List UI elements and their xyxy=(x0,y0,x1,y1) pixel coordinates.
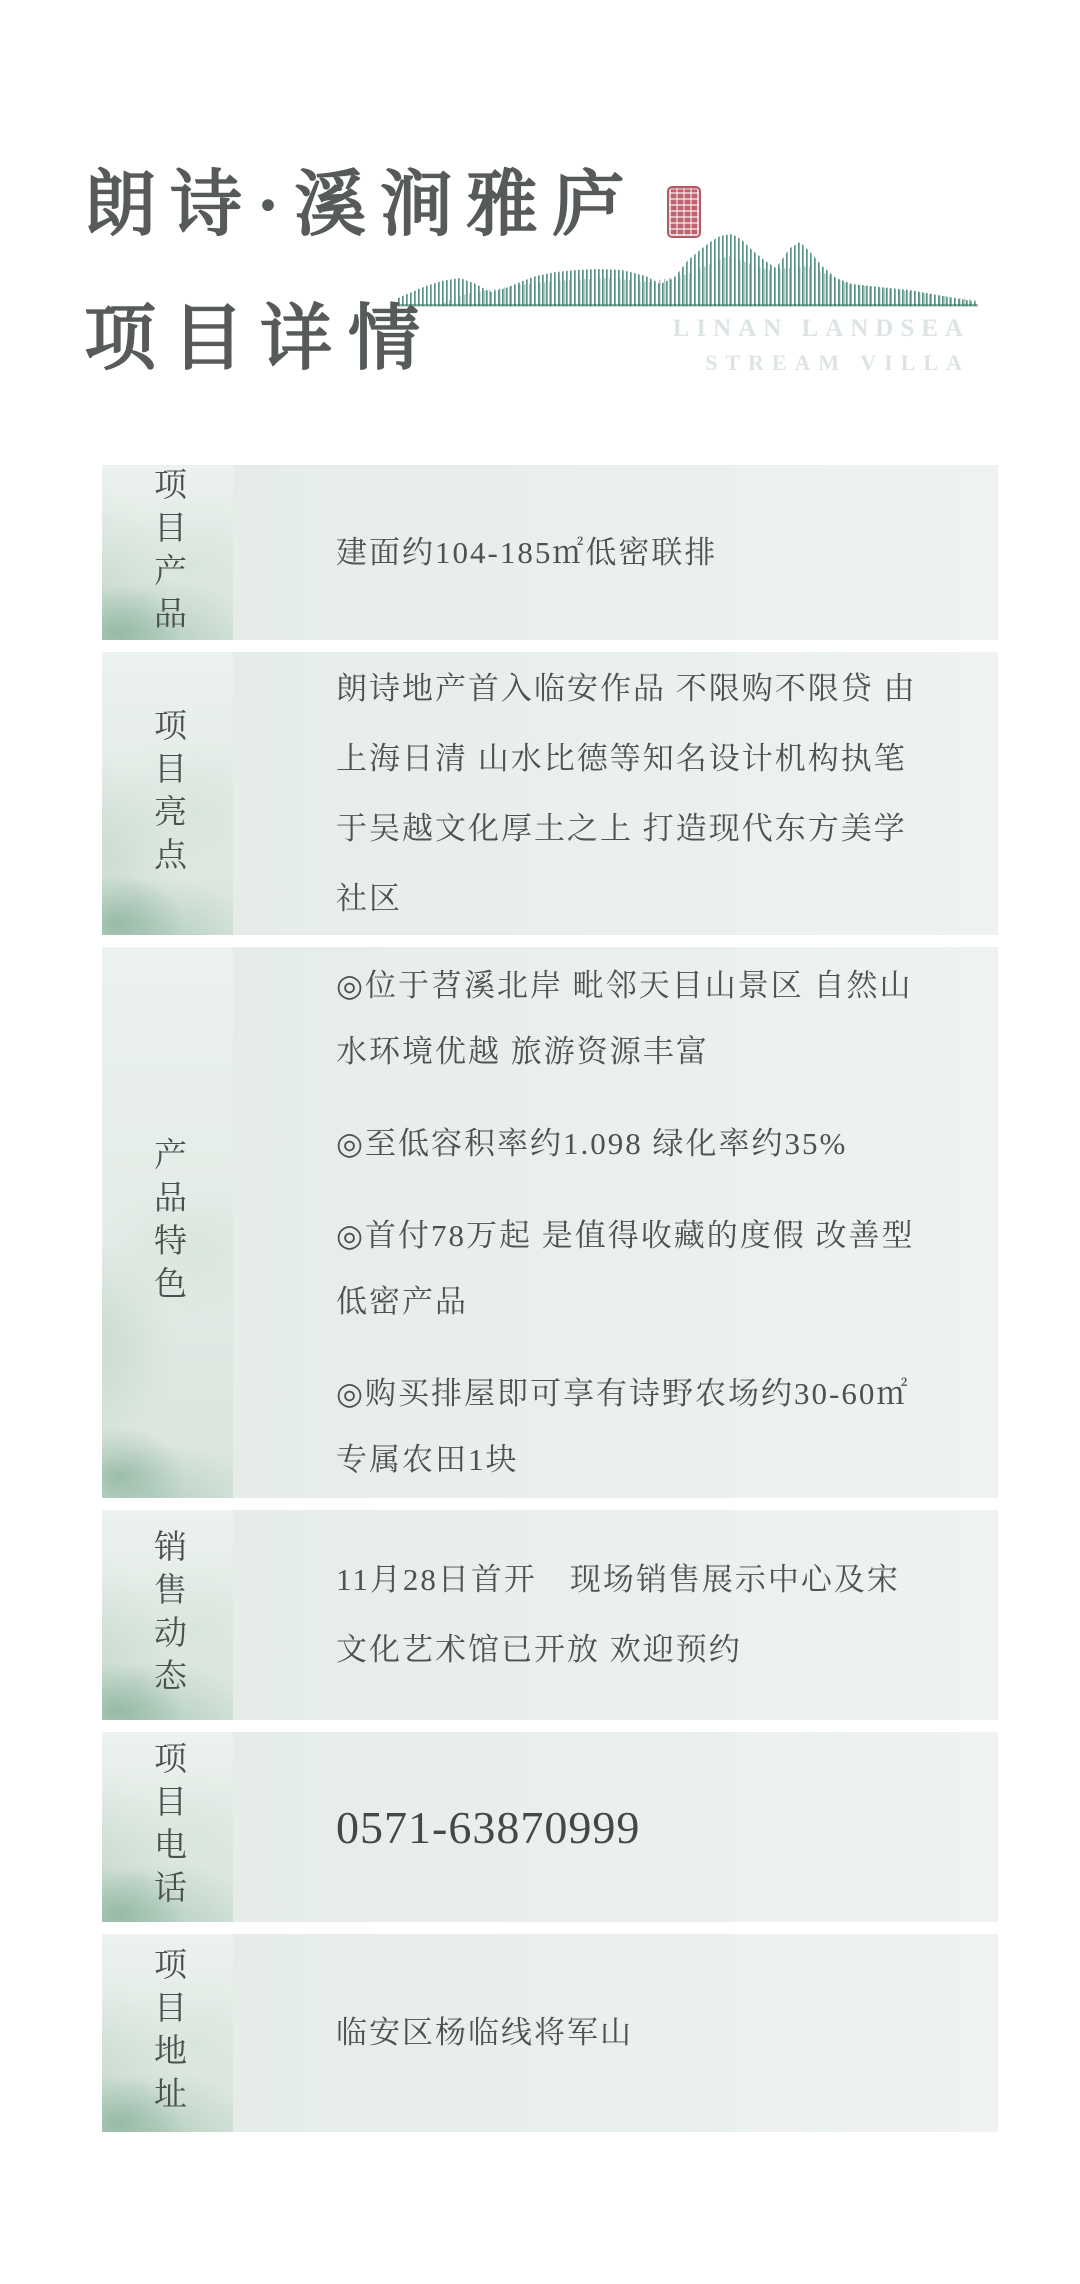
section-label: 项目亮点 xyxy=(144,708,191,880)
content-line: ◎首付78万起 是值得收藏的度假 改善型 xyxy=(336,1203,998,1269)
section-label-column: 产品特色 xyxy=(102,947,233,1498)
feature-item: ◎至低容积率约1.098 绿化率约35% xyxy=(336,1111,998,1177)
feature-item: ◎首付78万起 是值得收藏的度假 改善型 低密产品 xyxy=(336,1203,998,1335)
content-line: 社区 xyxy=(336,864,998,934)
section-label-column: 项目亮点 xyxy=(102,652,233,935)
english-subtitle-line2: STREAM VILLA xyxy=(673,346,970,380)
section-content: 11月28日首开 现场销售展示中心及宋 文化艺术馆已开放 欢迎预约 xyxy=(233,1510,998,1720)
content-line: 专属农田1块 xyxy=(336,1427,998,1493)
section-content: 0571-63870999 xyxy=(233,1732,998,1922)
section-content: 临安区杨临线将军山 xyxy=(233,1934,998,2132)
content-line: 11月28日首开 现场销售展示中心及宋 xyxy=(336,1545,998,1615)
ink-mountain-illustration xyxy=(398,226,978,312)
content-line: 低密产品 xyxy=(336,1269,998,1335)
content-line: 文化艺术馆已开放 欢迎预约 xyxy=(336,1615,998,1685)
section-label: 项目地址 xyxy=(144,1947,191,2119)
content-line: 上海日清 山水比德等知名设计机构执笔 xyxy=(336,724,998,794)
section-label: 项目电话 xyxy=(144,1741,191,1913)
feature-item: ◎位于苕溪北岸 毗邻天目山景区 自然山 水环境优越 旅游资源丰富 xyxy=(336,953,998,1085)
poster-page: 朗诗·溪涧雅庐 LINAN LANDSEA STREAM VILLA 项目详情 … xyxy=(0,0,1080,2284)
content-line: ◎至低容积率约1.098 绿化率约35% xyxy=(336,1111,998,1177)
section-label-column: 项目电话 xyxy=(102,1732,233,1922)
english-subtitle-line1: LINAN LANDSEA xyxy=(673,312,970,346)
section-project-phone: 项目电话 0571-63870999 xyxy=(102,1732,998,1922)
content-line: 朗诗地产首入临安作品 不限购不限贷 由 xyxy=(336,654,998,724)
section-sales-updates: 销售动态 11月28日首开 现场销售展示中心及宋 文化艺术馆已开放 欢迎预约 xyxy=(102,1510,998,1720)
section-content: 建面约104-185㎡低密联排 xyxy=(233,465,998,640)
section-content: 朗诗地产首入临安作品 不限购不限贷 由 上海日清 山水比德等知名设计机构执笔 于… xyxy=(233,652,998,935)
page-subtitle: 项目详情 xyxy=(84,280,436,384)
content-line: ◎购买排屋即可享有诗野农场约30-60㎡ xyxy=(336,1361,998,1427)
section-label-column: 项目产品 xyxy=(102,465,233,640)
phone-number: 0571-63870999 xyxy=(336,1801,998,1854)
section-project-highlights: 项目亮点 朗诗地产首入临安作品 不限购不限贷 由 上海日清 山水比德等知名设计机… xyxy=(102,652,998,935)
content-line: 建面约104-185㎡低密联排 xyxy=(336,518,998,588)
section-label: 产品特色 xyxy=(144,1137,191,1309)
mountain-baseline xyxy=(398,304,978,307)
english-subtitle: LINAN LANDSEA STREAM VILLA xyxy=(673,312,970,380)
section-label: 销售动态 xyxy=(144,1529,191,1701)
address-text: 临安区杨临线将军山 xyxy=(336,1998,998,2068)
content-line: ◎位于苕溪北岸 毗邻天目山景区 自然山 xyxy=(336,953,998,1019)
content-line: 水环境优越 旅游资源丰富 xyxy=(336,1019,998,1085)
section-project-address: 项目地址 临安区杨临线将军山 xyxy=(102,1934,998,2132)
content-line: 于吴越文化厚土之上 打造现代东方美学 xyxy=(336,794,998,864)
section-project-product: 项目产品 建面约104-185㎡低密联排 xyxy=(102,465,998,640)
detail-sections: 项目产品 建面约104-185㎡低密联排 项目亮点 朗诗地产首入临安作品 不限购… xyxy=(102,465,998,2144)
section-product-features: 产品特色 ◎位于苕溪北岸 毗邻天目山景区 自然山 水环境优越 旅游资源丰富 ◎至… xyxy=(102,947,998,1498)
section-label-column: 项目地址 xyxy=(102,1934,233,2132)
feature-item: ◎购买排屋即可享有诗野农场约30-60㎡ 专属农田1块 xyxy=(336,1361,998,1493)
section-content: ◎位于苕溪北岸 毗邻天目山景区 自然山 水环境优越 旅游资源丰富 ◎至低容积率约… xyxy=(233,947,998,1498)
section-label: 项目产品 xyxy=(144,467,191,639)
section-label-column: 销售动态 xyxy=(102,1510,233,1720)
